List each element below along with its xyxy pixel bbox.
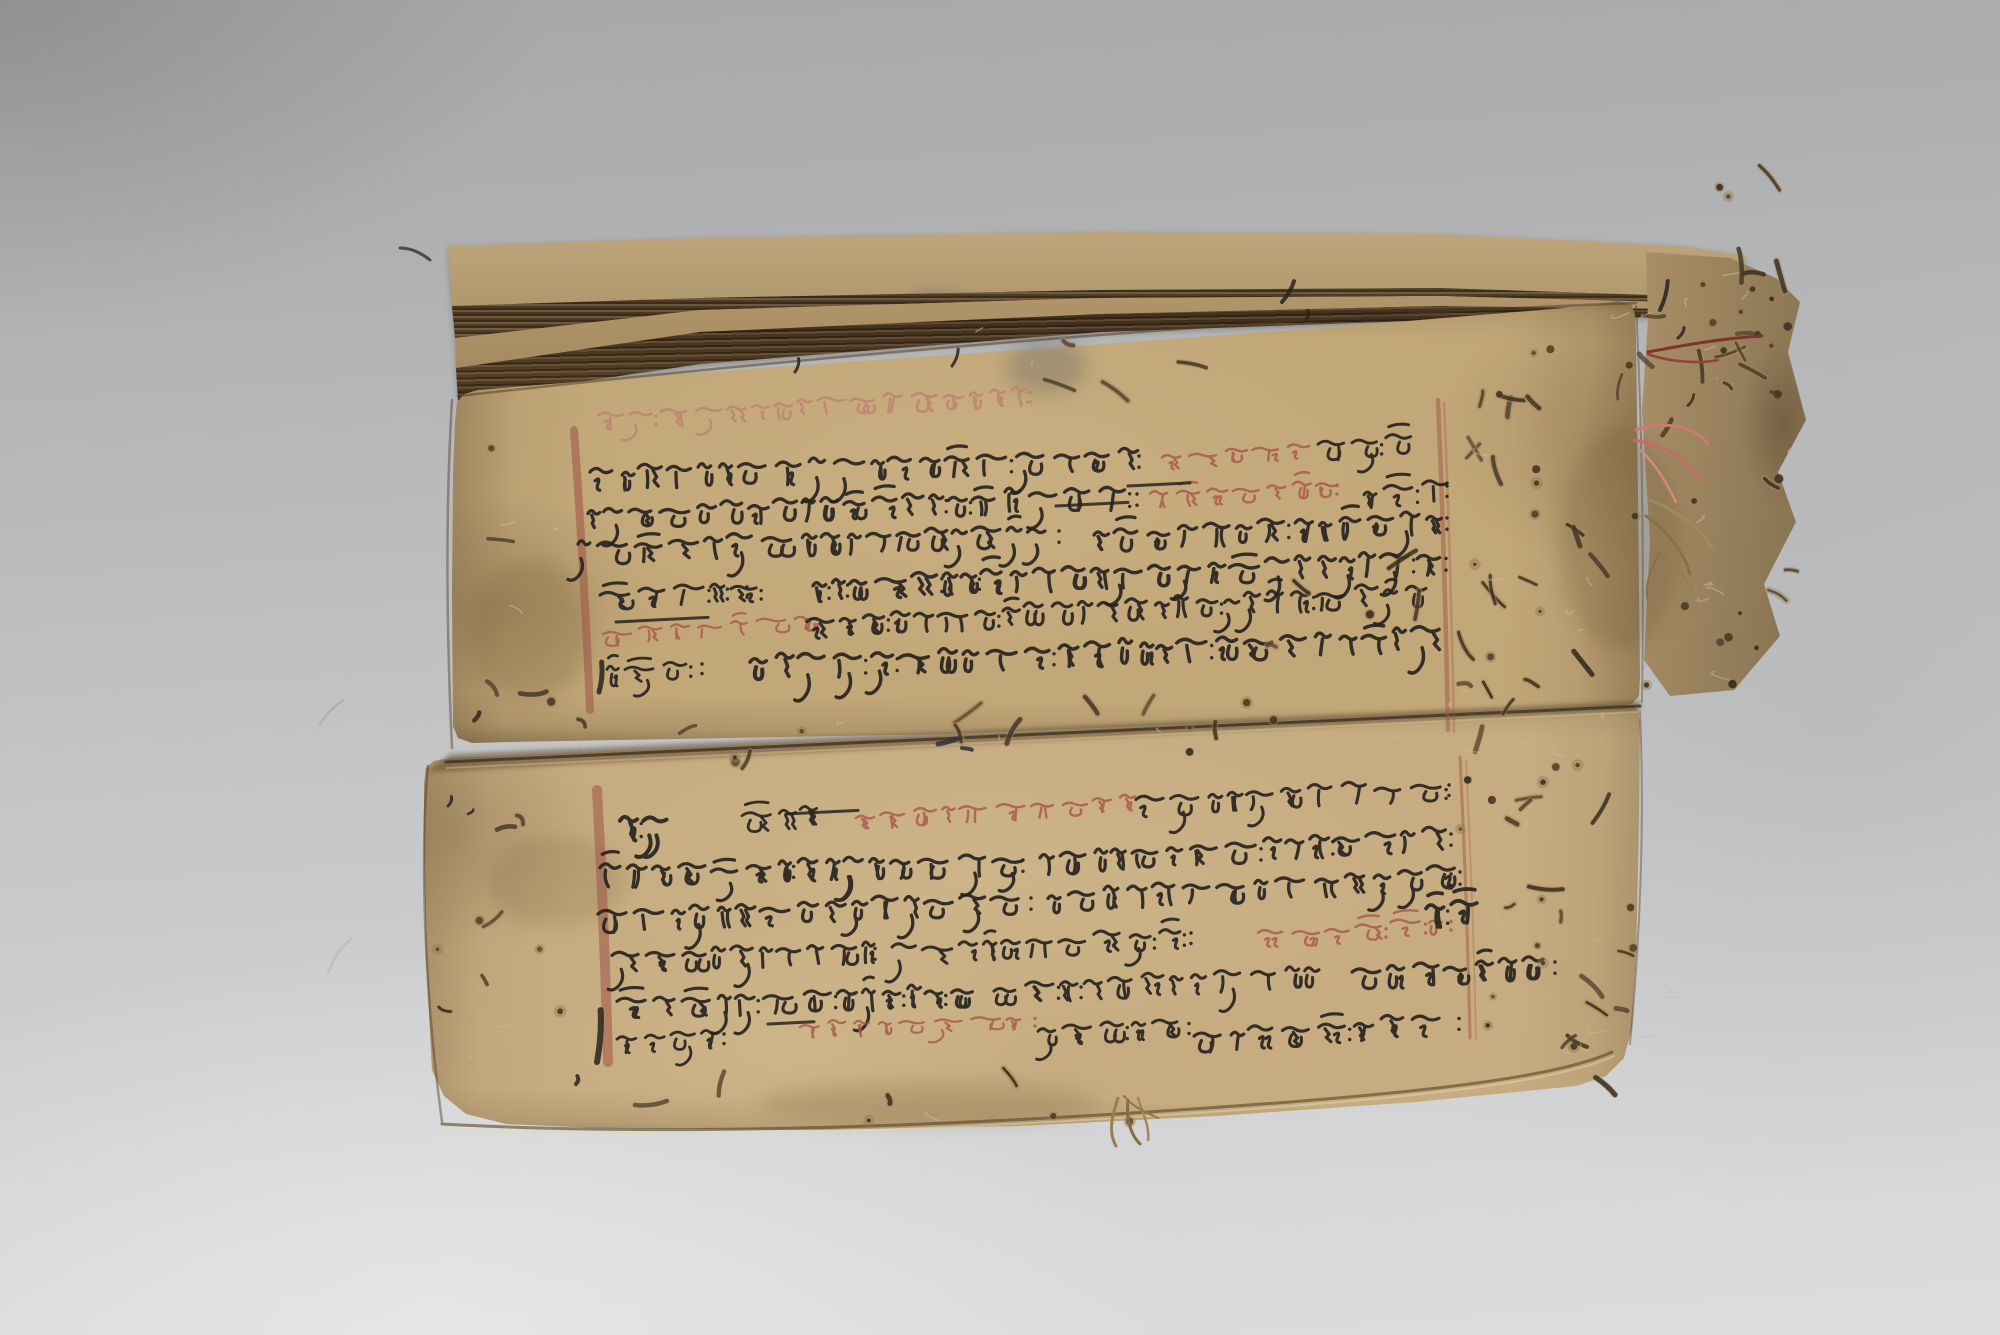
lower-leaf [416,698,1664,1142]
right-fore-edge [1630,240,1820,700]
photo-of-tibetan-manuscript [0,0,2000,1335]
